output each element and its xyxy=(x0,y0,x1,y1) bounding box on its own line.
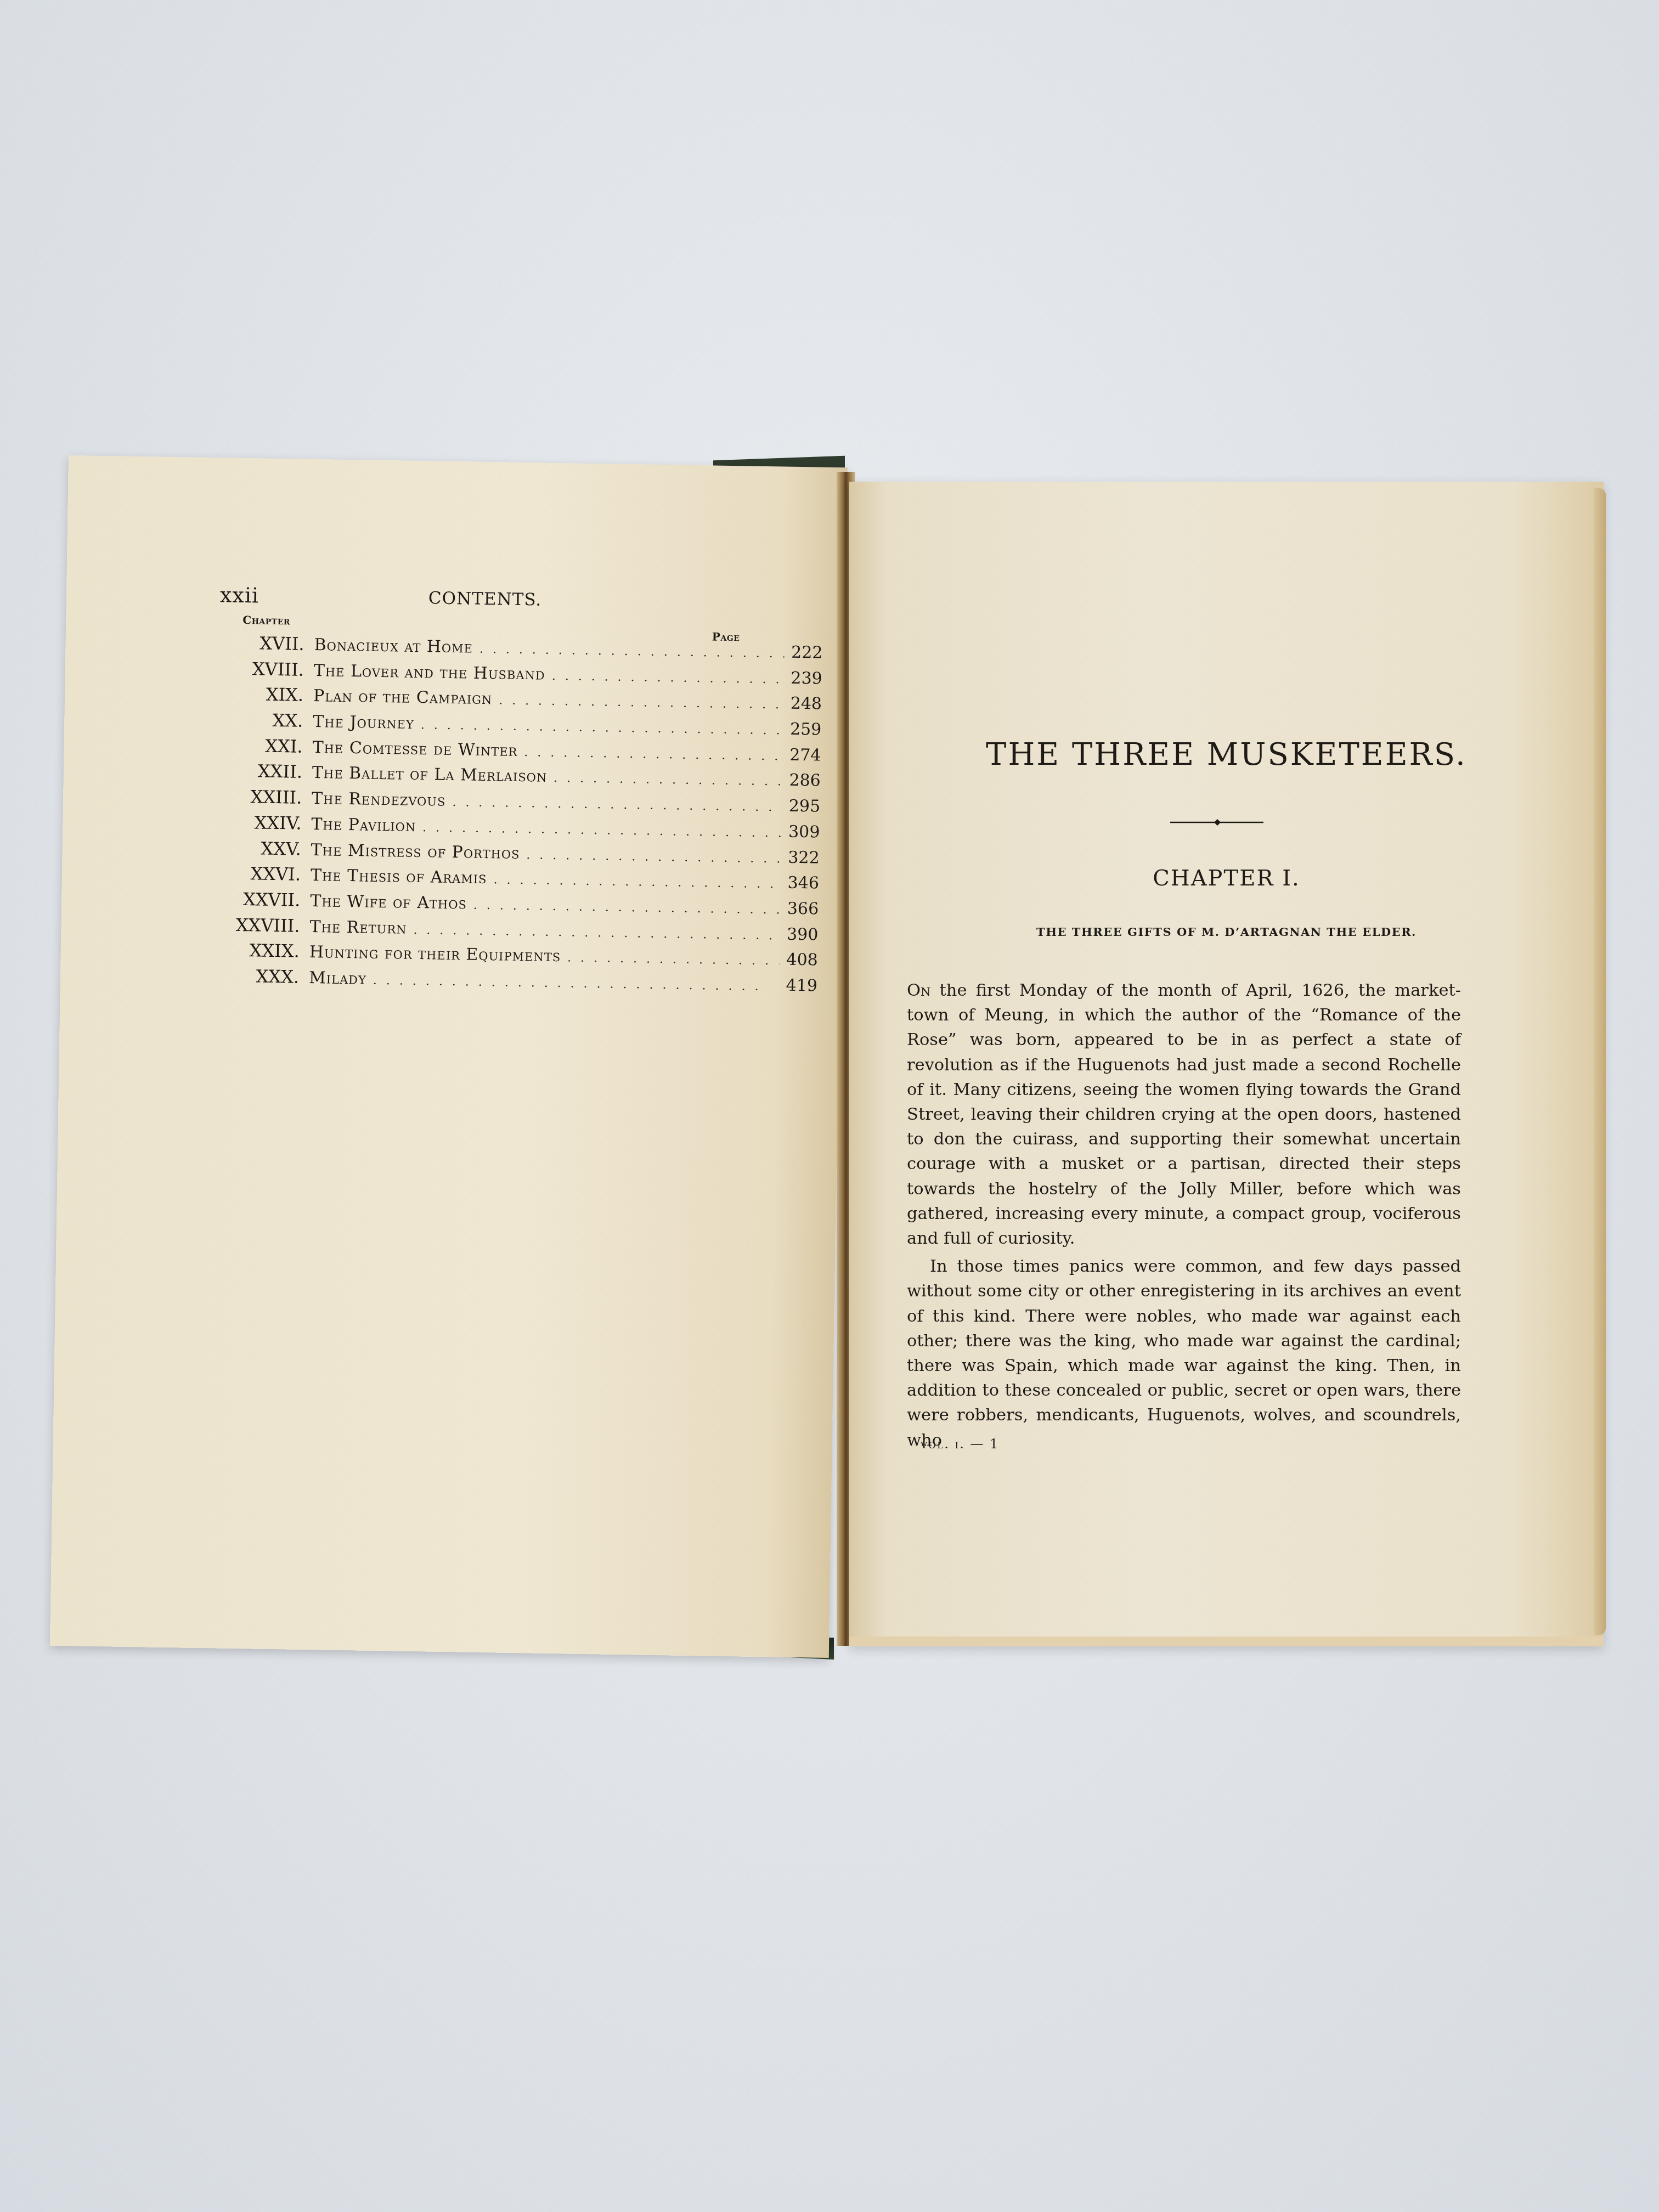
paragraph-text: the first Monday of the month of April, … xyxy=(907,981,1461,1248)
chapter-title: The Mistress of Porthos xyxy=(311,840,520,863)
dot-leader: .............................. xyxy=(545,669,784,686)
page-ref: 222 xyxy=(784,643,823,663)
chapter-title: The Comtesse de Winter xyxy=(312,738,517,760)
right-page: THE THREE MUSKETEERS. CHAPTER I. THE THR… xyxy=(849,482,1604,1646)
paragraph-text: In those times panics were common, and f… xyxy=(907,1257,1461,1449)
left-page: xxii CONTENTS. Chapter Page XVII.Bonacie… xyxy=(50,455,848,1658)
paragraph: On the first Monday of the month of Apri… xyxy=(907,978,1461,1251)
chapter-number: XXI. xyxy=(201,735,313,757)
page-ref: 309 xyxy=(781,822,820,842)
dot-leader: .............................. xyxy=(492,694,783,712)
chapter-number: XXII. xyxy=(201,760,313,782)
chapter-title: The Ballet of La Merlaison xyxy=(312,763,548,786)
chapter-number: XIX. xyxy=(202,683,314,706)
page-block-edge xyxy=(1594,488,1606,1635)
chapter-number: XXX. xyxy=(198,965,309,988)
paragraph: In those times panics were common, and f… xyxy=(907,1254,1461,1453)
chapter-title: Milady xyxy=(309,968,366,989)
chapter-number: XX. xyxy=(201,709,313,731)
chapter-number: XXIII. xyxy=(200,786,312,808)
dot-leader: .............................. xyxy=(547,771,782,789)
page-ref: 248 xyxy=(783,694,822,714)
dot-leader: .............................. xyxy=(520,848,781,866)
chapter-body: On the first Monday of the month of Apri… xyxy=(907,978,1461,1453)
chapter-number: XVIII. xyxy=(202,658,314,680)
chapter-number: XXVII. xyxy=(199,888,311,911)
dot-leader: .............................. xyxy=(467,898,781,917)
ornament-rule-icon xyxy=(1170,819,1263,826)
running-head: xxii CONTENTS. xyxy=(220,583,808,619)
chapter-title: The Return xyxy=(309,917,407,938)
contents-heading: CONTENTS. xyxy=(428,588,542,610)
chapter-subtitle: THE THREE GIFTS OF M. D’ARTAGNAN THE ELD… xyxy=(849,925,1604,939)
chapter-column-header: Chapter xyxy=(242,613,290,627)
chapter-number: XVII. xyxy=(202,632,314,654)
dot-leader: .............................. xyxy=(407,923,780,943)
page-ref: 274 xyxy=(782,745,821,765)
page-ref: 390 xyxy=(780,924,819,944)
chapter-number: XXVI. xyxy=(199,862,311,885)
dot-leader: .............................. xyxy=(414,718,783,738)
chapter-number: XXIV. xyxy=(200,811,312,834)
chapter-title: The Thesis of Aramis xyxy=(311,866,487,888)
page-ref: 295 xyxy=(782,797,821,816)
dot-leader: .............................. xyxy=(487,873,781,891)
chapter-title: The Journey xyxy=(313,712,414,733)
chapter-heading: CHAPTER I. xyxy=(849,866,1604,891)
dot-leader: .............................. xyxy=(416,821,782,840)
chapter-title: The Lover and the Husband xyxy=(314,661,545,684)
page-ref: 366 xyxy=(780,899,819,918)
dot-leader: .............................. xyxy=(561,951,780,968)
chapter-number: XXVIII. xyxy=(198,913,310,936)
page-ref: 346 xyxy=(781,873,820,893)
page-number: xxii xyxy=(220,583,259,607)
chapter-title: Bonacieux at Home xyxy=(314,635,473,657)
page-ref: 286 xyxy=(782,771,821,791)
chapter-number: XXIX. xyxy=(198,939,310,962)
open-book: xxii CONTENTS. Chapter Page XVII.Bonacie… xyxy=(0,0,1659,2212)
chapter-number: XXV. xyxy=(200,837,312,859)
signature-mark: vol. i. — 1 xyxy=(921,1436,999,1452)
page-ref: 408 xyxy=(779,950,818,970)
page-ref: 419 xyxy=(779,975,818,995)
table-of-contents: XVII.Bonacieux at Home..................… xyxy=(198,632,823,1000)
book-title: THE THREE MUSKETEERS. xyxy=(849,737,1604,772)
chapter-title: The Rendezvous xyxy=(312,789,446,810)
dot-leader: .............................. xyxy=(445,795,782,815)
chapter-title: Hunting for their Equipments xyxy=(309,943,561,966)
page-ref: 322 xyxy=(781,848,820,867)
chapter-title: The Wife of Athos xyxy=(310,891,467,913)
page-ref: 239 xyxy=(784,668,823,688)
chapter-title: Plan of the Campaign xyxy=(313,686,493,708)
dot-leader: .............................. xyxy=(366,974,779,994)
chapter-title: The Pavilion xyxy=(311,815,416,836)
dot-leader: .............................. xyxy=(517,746,783,764)
page-ref: 259 xyxy=(783,720,822,740)
paragraph-lead: On xyxy=(907,981,930,1000)
dot-leader: .............................. xyxy=(473,642,785,661)
